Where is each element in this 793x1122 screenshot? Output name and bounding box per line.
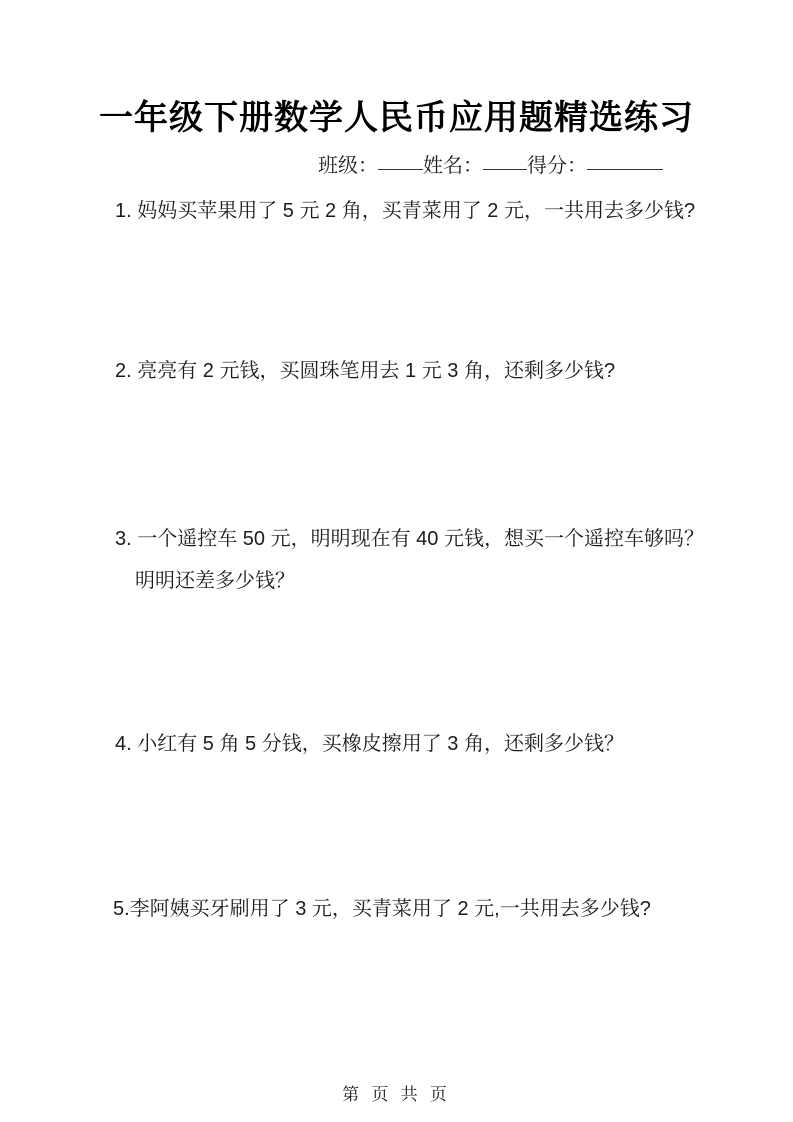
student-info-line: 班级：姓名：得分：	[318, 149, 663, 178]
score-blank-field	[587, 150, 663, 170]
page-title: 一年级下册数学人民币应用题精选练习	[0, 90, 793, 139]
question-2: 2. 亮亮有 2 元钱，买圆珠笔用去 1 元 3 角，还剩多少钱?	[115, 350, 753, 392]
question-4: 4. 小红有 5 角 5 分钱，买橡皮擦用了 3 角，还剩多少钱？	[115, 723, 753, 765]
question-5: 5.李阿姨买牙刷用了 3 元，买青菜用了 2 元,一共用去多少钱?	[113, 888, 753, 930]
name-label: 姓名：	[423, 155, 483, 177]
class-label: 班级：	[318, 155, 378, 177]
question-line: 3. 一个遥控车 50 元，明明现在有 40 元钱，想买一个遥控车够吗？	[115, 518, 753, 560]
worksheet-page: 一年级下册数学人民币应用题精选练习 班级：姓名：得分： 1. 妈妈买苹果用了 5…	[0, 0, 793, 1122]
question-line: 明明还差多少钱？	[115, 560, 753, 602]
question-line: 4. 小红有 5 角 5 分钱，买橡皮擦用了 3 角，还剩多少钱？	[115, 723, 753, 765]
class-blank-field	[378, 150, 423, 170]
question-line: 2. 亮亮有 2 元钱，买圆珠笔用去 1 元 3 角，还剩多少钱?	[115, 350, 753, 392]
question-line: 5.李阿姨买牙刷用了 3 元，买青菜用了 2 元,一共用去多少钱?	[113, 888, 753, 930]
score-label: 得分：	[527, 155, 587, 177]
question-3: 3. 一个遥控车 50 元，明明现在有 40 元钱，想买一个遥控车够吗？ 明明还…	[115, 518, 753, 602]
question-line: 1. 妈妈买苹果用了 5 元 2 角，买青菜用了 2 元，一共用去多少钱?	[115, 190, 753, 232]
page-footer: 第 页 共 页	[0, 1080, 793, 1105]
question-1: 1. 妈妈买苹果用了 5 元 2 角，买青菜用了 2 元，一共用去多少钱?	[115, 190, 753, 232]
name-blank-field	[483, 150, 527, 170]
